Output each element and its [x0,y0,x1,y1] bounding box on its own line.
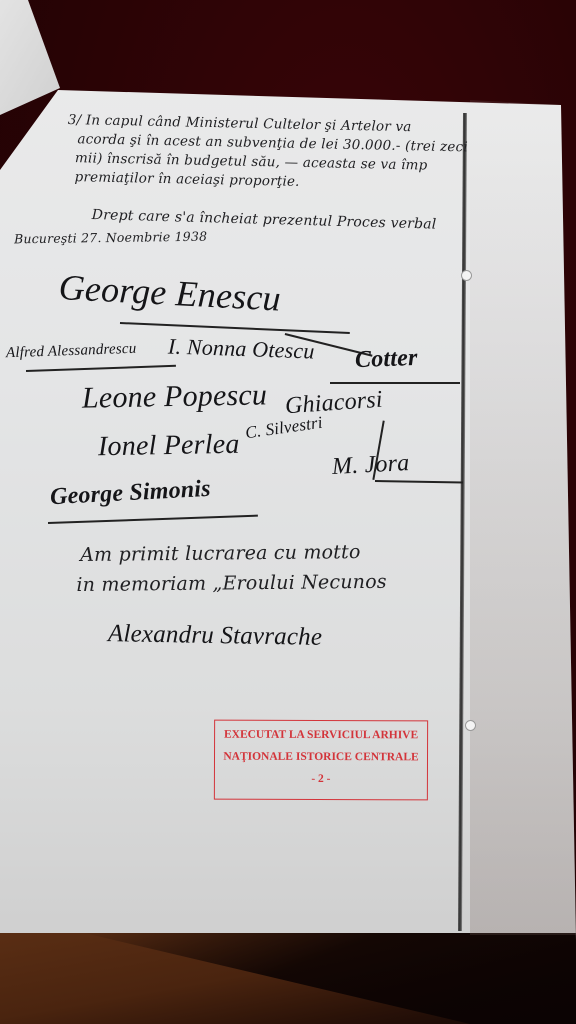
signature-underline [330,382,460,384]
place-date: Bucureşti 27. Noembrie 1938 [14,229,207,247]
signature-stavrache: Alexandru Stavrache [108,620,323,652]
punch-hole [461,270,472,281]
note-line: Am primit lucrarea cu motto [80,537,387,570]
signature-jora: M. Jora [331,450,410,481]
signature-otescu: I. Nonna Otescu [168,333,315,364]
archive-stamp: EXECUTAT LA SERVICIUL ARHIVE NAŢIONALE I… [214,720,428,801]
received-note: Am primit lucrarea cu motto in memoriam … [80,537,387,600]
stamp-page-number: - 2 - [215,772,427,787]
stamp-line-2: NAŢIONALE ISTORICE CENTRALE [215,750,427,765]
paragraph-3: 3/ In capul când Ministerul Cultelor şi … [66,111,468,195]
page-margin-shade [470,100,576,935]
stamp-line-1: EXECUTAT LA SERVICIUL ARHIVE [215,728,427,743]
signature-cotter: Cotter [355,345,418,374]
signature-popescu: Leone Popescu [82,378,268,415]
punch-hole [465,720,476,731]
note-line: in memoriam „Eroului Necunos [76,567,387,600]
signature-perlea: Ionel Perlea [98,429,240,463]
